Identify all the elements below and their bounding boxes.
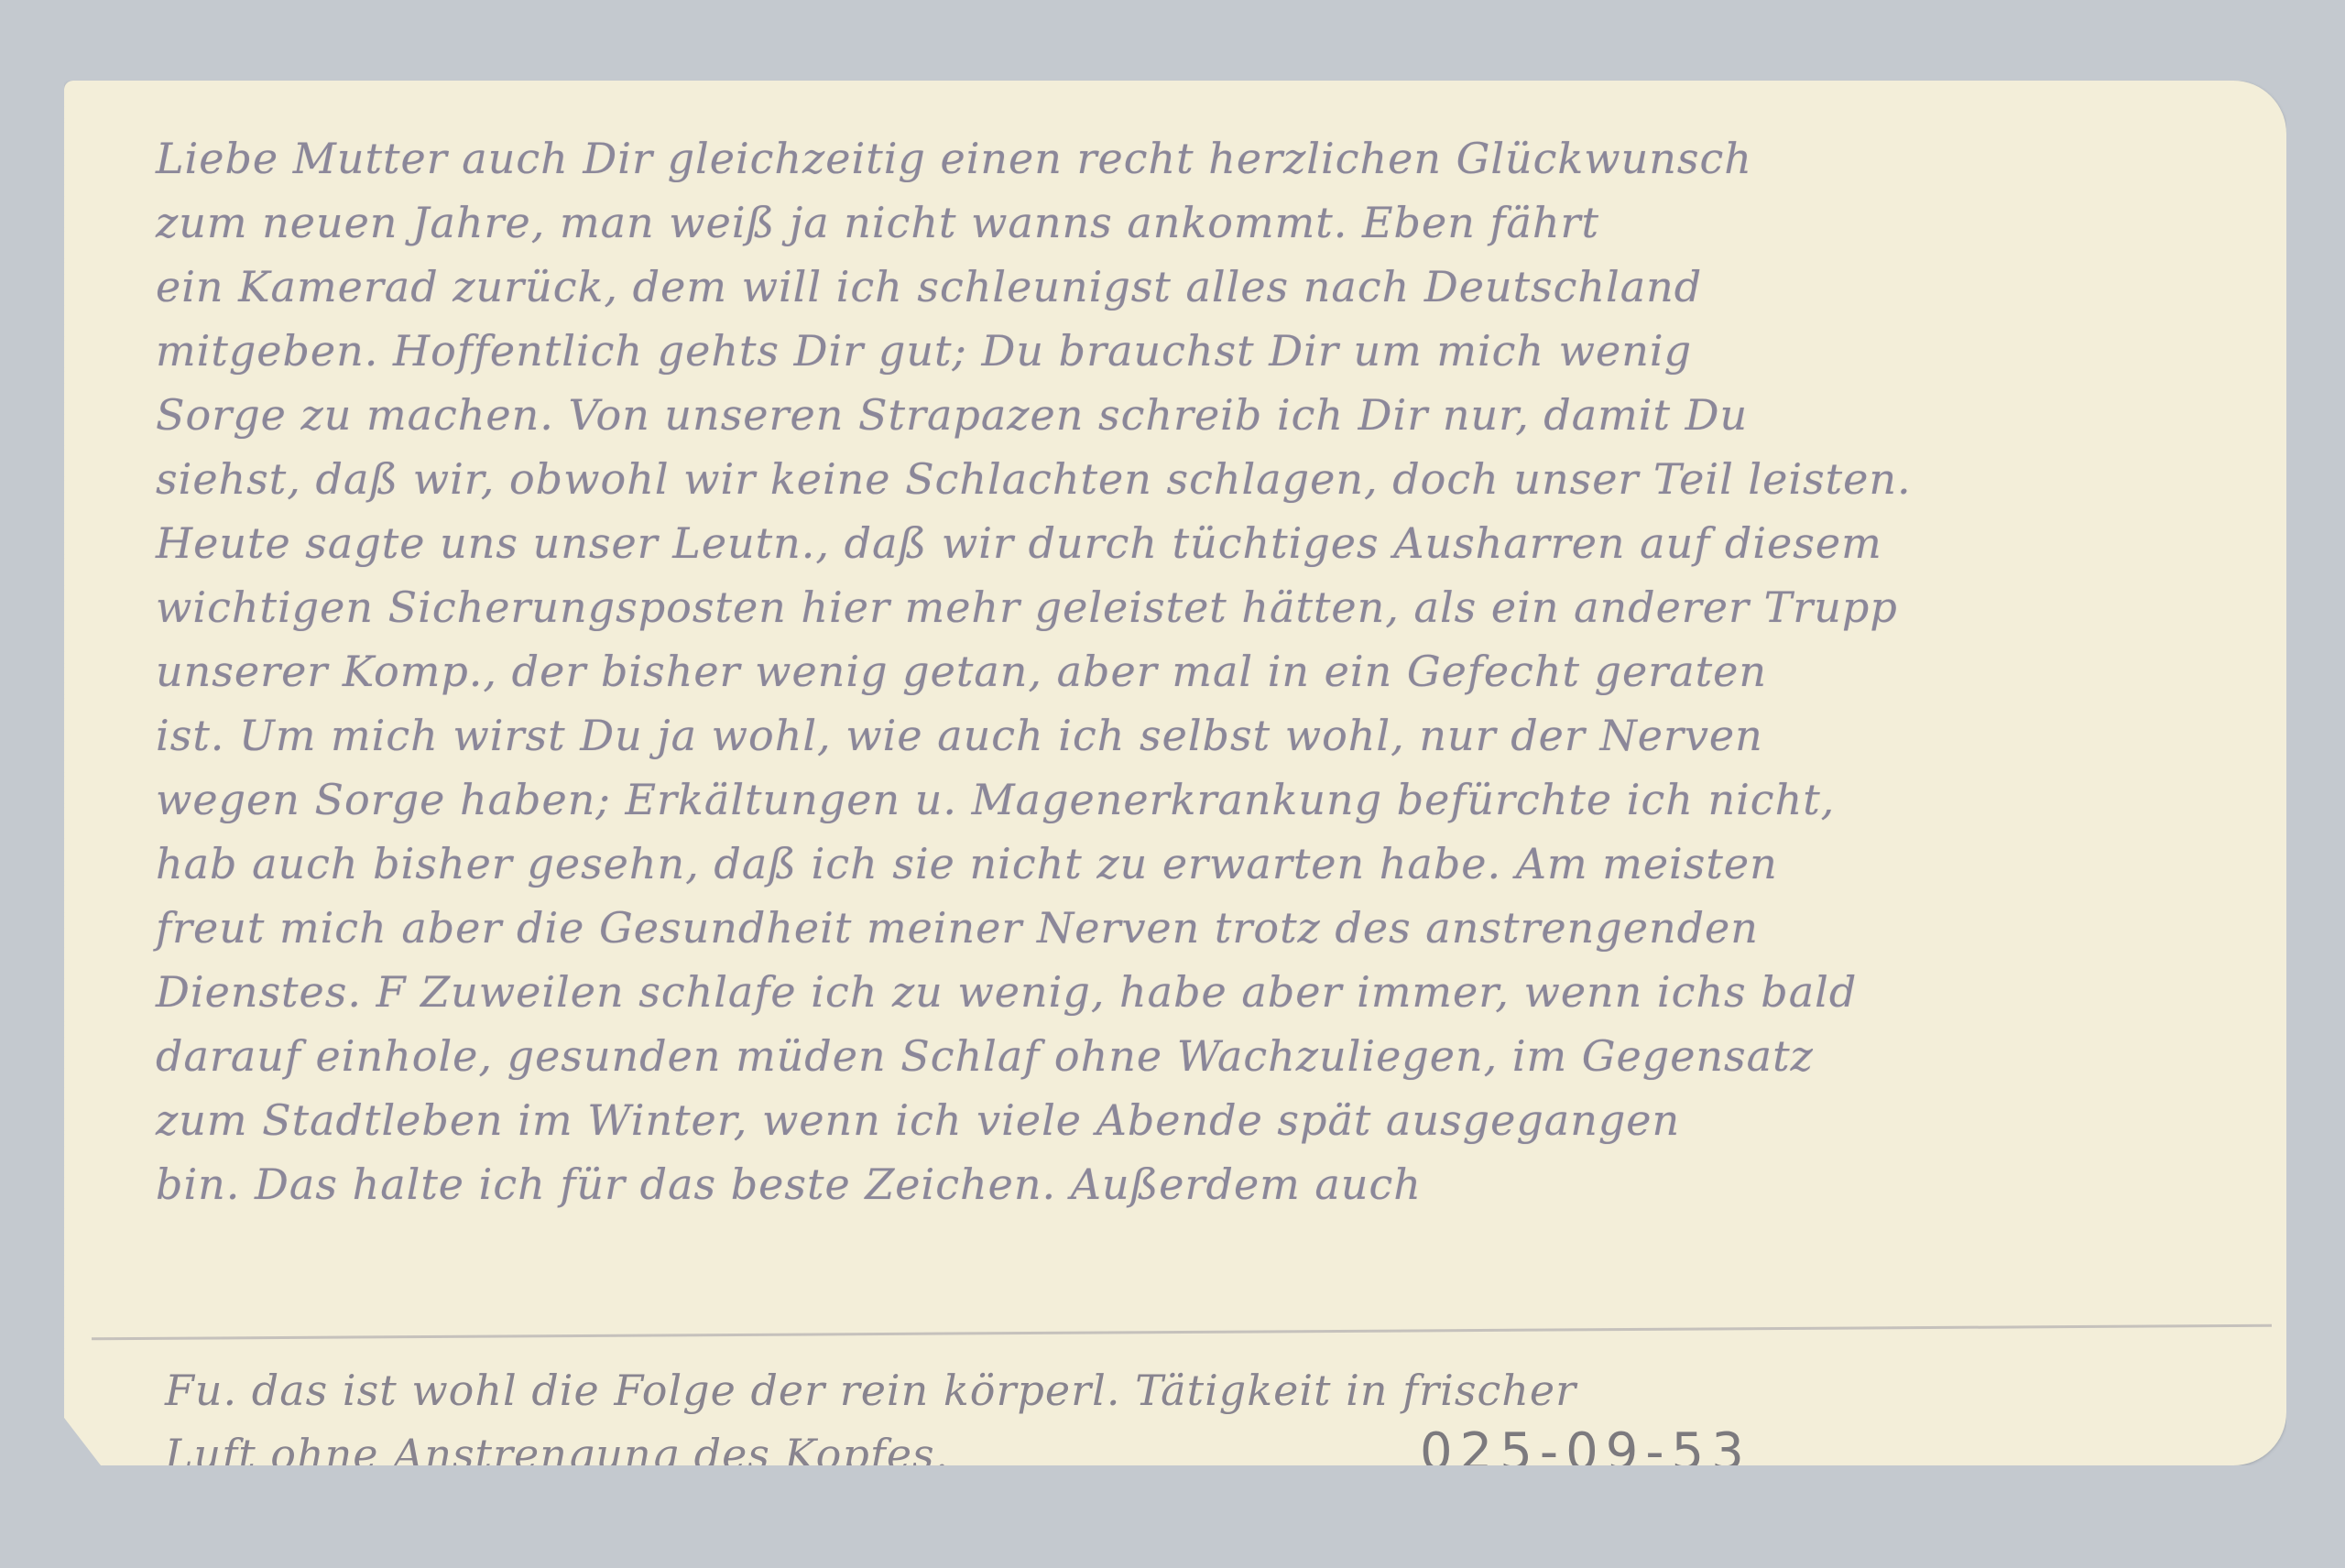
postcard: Liebe Mutter auch Dir gleichzeitig einen… [64,81,2286,1465]
letter-line: zum Stadtleben im Winter, wenn ich viele… [156,1088,2263,1152]
letter-line: wichtigen Sicherungsposten hier mehr gel… [156,575,2263,639]
letter-line: zum neuen Jahre, man weiß ja nicht wanns… [156,191,2263,255]
letter-body: Liebe Mutter auch Dir gleichzeitig einen… [156,126,2263,1216]
letter-line: mitgeben. Hoffentlich gehts Dir gut; Du … [156,319,2263,383]
letter-line: siehst, daß wir, obwohl wir keine Schlac… [156,447,2263,511]
letter-line: unserer Komp., der bisher wenig getan, a… [156,639,2263,703]
letter-line: darauf einhole, gesunden müden Schlaf oh… [156,1024,2263,1088]
letter-line: ist. Um mich wirst Du ja wohl, wie auch … [156,703,2263,768]
postscript-line: Luft ohne Anstrengung des Kopfes. [165,1422,2180,1486]
pencil-divider-line [92,1324,2272,1341]
archive-number: 025-09-53 [1420,1422,1751,1482]
letter-line: Sorge zu machen. Von unseren Strapazen s… [156,383,2263,447]
letter-line: bin. Das halte ich für das beste Zeichen… [156,1152,2263,1216]
postscript: Fu. das ist wohl die Folge der rein körp… [165,1358,2180,1486]
letter-line: freut mich aber die Gesundheit meiner Ne… [156,896,2263,960]
letter-line: Liebe Mutter auch Dir gleichzeitig einen… [156,126,2263,191]
letter-line: hab auch bisher gesehn, daß ich sie nich… [156,832,2263,896]
letter-line: wegen Sorge haben; Erkältungen u. Magene… [156,768,2263,832]
letter-line: ein Kamerad zurück, dem will ich schleun… [156,255,2263,319]
letter-line: Dienstes. F Zuweilen schlafe ich zu weni… [156,960,2263,1024]
postscript-line: Fu. das ist wohl die Folge der rein körp… [165,1358,2180,1422]
deckled-edge [58,90,71,1399]
letter-line: Heute sagte uns unser Leutn., daß wir du… [156,511,2263,575]
